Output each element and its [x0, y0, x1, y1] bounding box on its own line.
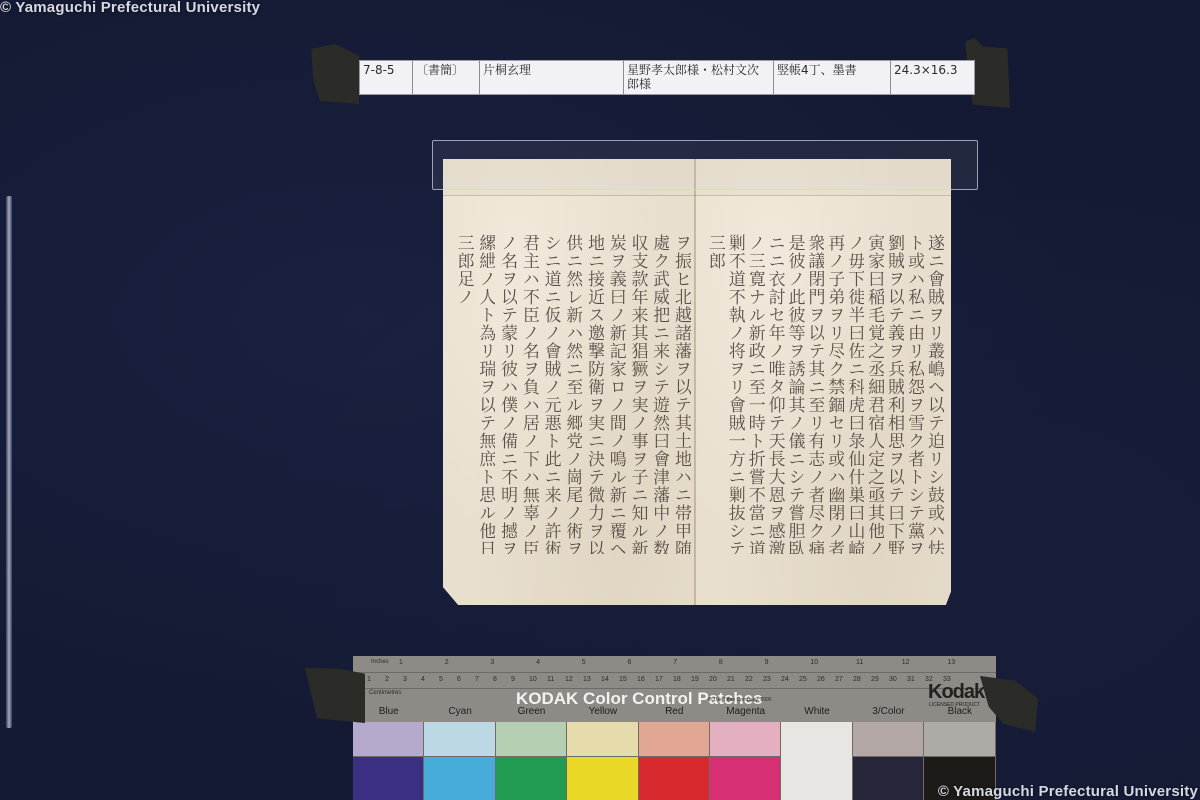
patch-blue — [353, 722, 424, 800]
inch-tick: 2 — [445, 659, 449, 666]
inch-tick: 5 — [582, 659, 586, 666]
cm-tick: 4 — [421, 676, 425, 683]
cm-tick: 17 — [655, 676, 663, 683]
text-column: 三郎 — [708, 234, 725, 554]
text-column: 遂ニ會賊ヲリ叢嶋ヘ以テ迫リシ鼓或ハ怯懦ニシテ唯命 — [927, 234, 944, 554]
patch-3-color — [853, 722, 924, 800]
cm-tick: 23 — [763, 676, 771, 683]
inches-label: Inches — [371, 659, 389, 665]
cm-tick: 20 — [709, 676, 717, 683]
cm-tick: 21 — [727, 676, 735, 683]
text-column: 地ニ接近ス邀撃防衛ヲ実ニ決テ微力ヲ以テ至ル神人 — [585, 234, 604, 554]
page-fold — [694, 159, 696, 605]
cm-tick: 13 — [583, 676, 591, 683]
right-page-text: 遂ニ會賊ヲリ叢嶋ヘ以テ迫リシ鼓或ハ怯懦ニシテ唯命ト或ハ私ニ由リ私怨ヲ雪ク者トシテ… — [708, 234, 944, 554]
text-column: ニニ衣討セ年ノ唯タ仰テ天長大恩ヲ感激スル月意 — [768, 234, 785, 554]
cm-tick: 5 — [439, 676, 443, 683]
text-column: 剿不道不執ノ将ヲリ會賊一方ニ剿抜シテ — [728, 234, 745, 554]
patch-label: White — [781, 706, 852, 722]
cm-tick: 8 — [493, 676, 497, 683]
patch-label: Black — [924, 706, 995, 722]
cm-tick: 29 — [871, 676, 879, 683]
inch-tick: 8 — [719, 659, 723, 666]
label-id: 7-8-5 — [360, 61, 413, 94]
inch-tick: 12 — [902, 659, 910, 666]
patch-label: Cyan — [424, 706, 495, 722]
cm-tick: 30 — [889, 676, 897, 683]
color-patches — [353, 722, 996, 800]
tape-piece — [305, 663, 365, 723]
patch-label: Yellow — [567, 706, 638, 722]
cm-tick: 31 — [907, 676, 915, 683]
strip-copyright: © The Tiffen Company, 2000 — [708, 697, 771, 703]
inch-tick: 10 — [810, 659, 818, 666]
inch-tick: 1 — [399, 659, 403, 666]
text-column: 三郎足ノ — [455, 234, 474, 554]
text-column: ノ名ヲ以テ蒙リ彼ハ僕ノ備ニ不明ノ撼ヲ以テ属ヲ失フテ今既ニ — [498, 234, 517, 554]
label-format: 竪帳4丁、墨書 — [774, 61, 891, 94]
text-column: 供ニ然レ新ハ然ニ至ル郷党ノ崗尾ノ術ヲ以テ尽ヒ — [564, 234, 583, 554]
catalogue-label: 7-8-5 〔書簡〕 片桐玄理 星野孝太郎様・松村文次郎様 竪帳4丁、墨書 24… — [359, 60, 975, 95]
inch-tick: 6 — [628, 659, 632, 666]
patch-red — [639, 722, 710, 800]
inch-tick: 4 — [536, 659, 540, 666]
patch-light — [567, 722, 637, 757]
ruler: Inches 12345678910111213 123456789101112… — [353, 656, 996, 689]
text-column: 君主ハ不臣ノ名ヲ負ハ居ノ下ハ無辜ノ臣子ヲ以テ令ヲ逆賊 — [520, 234, 539, 554]
patch-labels: BlueCyanGreenYellowRedMagentaWhite3/Colo… — [353, 706, 996, 722]
text-column: 再ノ子弟ヲリ尽ク禁錮セリ或ハ幽閉ノ者ヲ歩リ — [827, 234, 844, 554]
patch-light — [424, 722, 494, 757]
patch-label: Red — [639, 706, 710, 722]
text-column: 劉賊ヲ以テ義ヲ兵賊利相思ヲ以テ曰下野勘平曰岡村 — [887, 234, 904, 554]
cm-tick: 1 — [367, 676, 371, 683]
cm-tick: 16 — [637, 676, 645, 683]
patch-dark — [710, 757, 780, 800]
left-page-text: ヲ振ヒ北越諸藩ヲ以テ其土地ハニ帯甲随テ小ニ人才處ク武威把ニ来シテ遊然曰會津藩中ノ… — [455, 234, 691, 554]
text-column: 収支款年来其猖獗ヲ実ノ事ヲ子ニ知ル新ニ生民ノ塗 — [629, 234, 648, 554]
text-column: 寅家曰稲毛覚之丞細君宿人定之亟其他ノ僚相伴之 — [867, 234, 884, 554]
text-column: ノ三寛ナル新政ニ至一時ト折嘗不當ニ道ニ由リ — [748, 234, 765, 554]
patch-light — [639, 722, 709, 757]
letter-document: 遂ニ會賊ヲリ叢嶋ヘ以テ迫リシ鼓或ハ怯懦ニシテ唯命ト或ハ私ニ由リ私怨ヲ雪ク者トシテ… — [443, 159, 951, 605]
cm-tick: 9 — [511, 676, 515, 683]
cm-tick: 15 — [619, 676, 627, 683]
cm-tick: 27 — [835, 676, 843, 683]
patch-dark — [567, 757, 637, 800]
text-column: 處ク武威把ニ来シテ遊然曰會津藩中ノ数万ノ米粟ヲ — [651, 234, 670, 554]
text-column: ヲ振ヒ北越諸藩ヲ以テ其土地ハニ帯甲随テ小ニ人才 — [672, 234, 691, 554]
patch-light — [710, 722, 780, 757]
copyright-watermark-top: © Yamaguchi Prefectural University — [0, 0, 260, 16]
kodak-color-strip: Inches 12345678910111213 123456789101112… — [353, 656, 996, 800]
patch-light — [853, 722, 923, 757]
inch-tick: 7 — [673, 659, 677, 666]
patch-light — [353, 722, 423, 757]
cm-tick: 10 — [529, 676, 537, 683]
patch-white — [781, 722, 852, 800]
tape-piece — [307, 44, 359, 104]
cm-tick: 18 — [673, 676, 681, 683]
inch-scale: Inches 12345678910111213 — [353, 656, 996, 673]
cm-tick: 11 — [547, 676, 554, 683]
cm-tick: 24 — [781, 676, 789, 683]
inch-tick: 3 — [490, 659, 494, 666]
label-author: 片桐玄理 — [480, 61, 624, 94]
text-column: 炭ヲ義曰ノ新記家ロノ間ノ鳴ル新ニ覆ヘリノ汲ヲ鼓 — [607, 234, 626, 554]
text-column: ノ毋下徙半曰佐ニ科虎曰彔仙什巣曰山崎預平僚 — [847, 234, 864, 554]
patch-green — [496, 722, 567, 800]
cm-tick: 14 — [601, 676, 609, 683]
patch-yellow — [567, 722, 638, 800]
kodak-logo: Kodak — [928, 681, 984, 704]
inch-tick: 13 — [947, 659, 955, 666]
patch-label: Magenta — [710, 706, 781, 722]
patch-cyan — [424, 722, 495, 800]
cm-tick: 22 — [745, 676, 753, 683]
patch-light — [781, 722, 851, 800]
glass-plate-edge — [6, 196, 12, 728]
label-type: 〔書簡〕 — [413, 61, 480, 94]
patch-label: 3/Color — [853, 706, 924, 722]
patch-label: Green — [496, 706, 567, 722]
cm-tick: 28 — [853, 676, 861, 683]
text-column: 衆議閉門ヲ以テ其ニ至リ有志ノ者尽ク痛憤セシニ天道 — [808, 234, 825, 554]
patch-dark — [353, 757, 423, 800]
cm-tick: 6 — [457, 676, 461, 683]
cm-tick: 12 — [565, 676, 573, 683]
label-recipient: 星野孝太郎様・松村文次郎様 — [624, 61, 774, 94]
text-column: 縲紲ノ人ト為リ瑞ヲ以テ無庶ト思ル他日 — [477, 234, 496, 554]
inch-tick: 9 — [765, 659, 769, 666]
inch-tick: 11 — [856, 659, 863, 666]
glass-weight-strip — [432, 140, 978, 190]
copyright-watermark-bottom: © Yamaguchi Prefectural University — [938, 783, 1198, 800]
cm-tick: 7 — [475, 676, 479, 683]
cm-tick: 3 — [403, 676, 407, 683]
patch-dark — [639, 757, 709, 800]
patch-dark — [853, 757, 923, 800]
cm-tick: 26 — [817, 676, 825, 683]
patch-dark — [496, 757, 566, 800]
patch-light — [924, 722, 994, 757]
cm-tick: 19 — [691, 676, 699, 683]
text-column: 是彼ノ此彼等ヲ誘論其ノ儀ニシテ嘗胆臥薪ノ意ヲ以テ — [788, 234, 805, 554]
label-dimensions: 24.3×16.3 — [891, 61, 974, 94]
centimetres-label: Centimetres — [369, 690, 401, 696]
text-column: シニ道ニ仮ノ會賊ノ元悪ト此ニ来ノ許術ヲ以テ由テ其ハ — [542, 234, 561, 554]
cm-tick: 25 — [799, 676, 807, 683]
patch-light — [496, 722, 566, 757]
cm-scale: 1234567891011121314151617181920212223242… — [353, 672, 996, 688]
text-column: ト或ハ私ニ由リ私怨ヲ雪ク者トシテ黨ヲ立テ七人ノ — [907, 234, 924, 554]
patch-magenta — [710, 722, 781, 800]
cm-tick: 2 — [385, 676, 389, 683]
patch-dark — [424, 757, 494, 800]
